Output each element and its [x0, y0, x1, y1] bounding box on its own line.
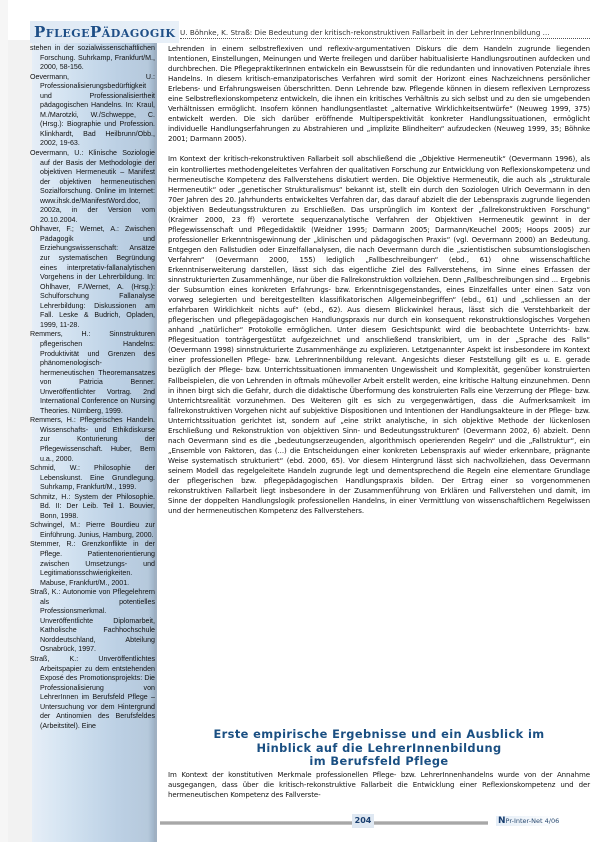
journal-name: NPr-Inter-Net 4/06 — [496, 816, 561, 826]
reference-item: Straß, K.: Autonomie von Pflegelehrern a… — [30, 588, 155, 655]
journal-initial: N — [498, 816, 506, 826]
section-heading-line: Hinblick auf die LehrerInnenbildung — [168, 742, 590, 756]
body-paragraph: Lehrenden in einem selbstreflexiven und … — [168, 44, 590, 144]
reference-item: Oevermann, U.: Professionalisierungsbedü… — [30, 73, 155, 149]
footer-rule — [160, 821, 488, 825]
main-text: Lehrenden in einem selbstreflexiven und … — [168, 44, 590, 516]
reference-item: Ohlhaver, F.; Wernet, A.: Zwischen Pädag… — [30, 225, 155, 330]
reference-item: stehen in der sozialwissenschaftlichen F… — [30, 44, 155, 73]
running-head: U. Böhnke, K. Straß: Die Bedeutung der k… — [180, 28, 590, 39]
reference-list: stehen in der sozialwissenschaftlichen F… — [30, 44, 155, 731]
section-heading-line: im Berufsfeld Pflege — [168, 755, 590, 769]
reference-item: Schmitz, H.: System der Philosophie. Bd.… — [30, 493, 155, 522]
section-heading-line: Erste empirische Ergebnisse und ein Ausb… — [168, 728, 590, 742]
reference-item: Remmers, H.: Sinnstrukturen pflegerische… — [30, 330, 155, 416]
reference-item: Schmid, W.: Philosophie der Lebenskunst.… — [30, 464, 155, 493]
reference-item: Straß, K.: Unveröffentlichtes Arbeitspap… — [30, 655, 155, 731]
reference-item: Remmers, H.: Pflegerisches Handeln. Wiss… — [30, 416, 155, 464]
reference-item: Oevermann, U.: Klinische Soziologie auf … — [30, 149, 155, 225]
section-heading: Erste empirische Ergebnisse und ein Ausb… — [168, 728, 590, 769]
journal-issue: Pr-Inter-Net 4/06 — [506, 817, 560, 825]
reference-item: Schwingel, M.: Pierre Bourdieu zur Einfü… — [30, 521, 155, 540]
page-margin — [0, 0, 8, 842]
page-number: 204 — [352, 814, 374, 828]
journal-logo: PflegePädagogik — [30, 21, 179, 43]
body-paragraph: Im Kontext der kritisch-rekonstruktiven … — [168, 154, 590, 516]
body-paragraph: Im Kontext der konstitutiven Merkmale pr… — [168, 770, 590, 800]
reference-item: Stemmer, R.: Grenzkonflikte in der Pfleg… — [30, 540, 155, 588]
